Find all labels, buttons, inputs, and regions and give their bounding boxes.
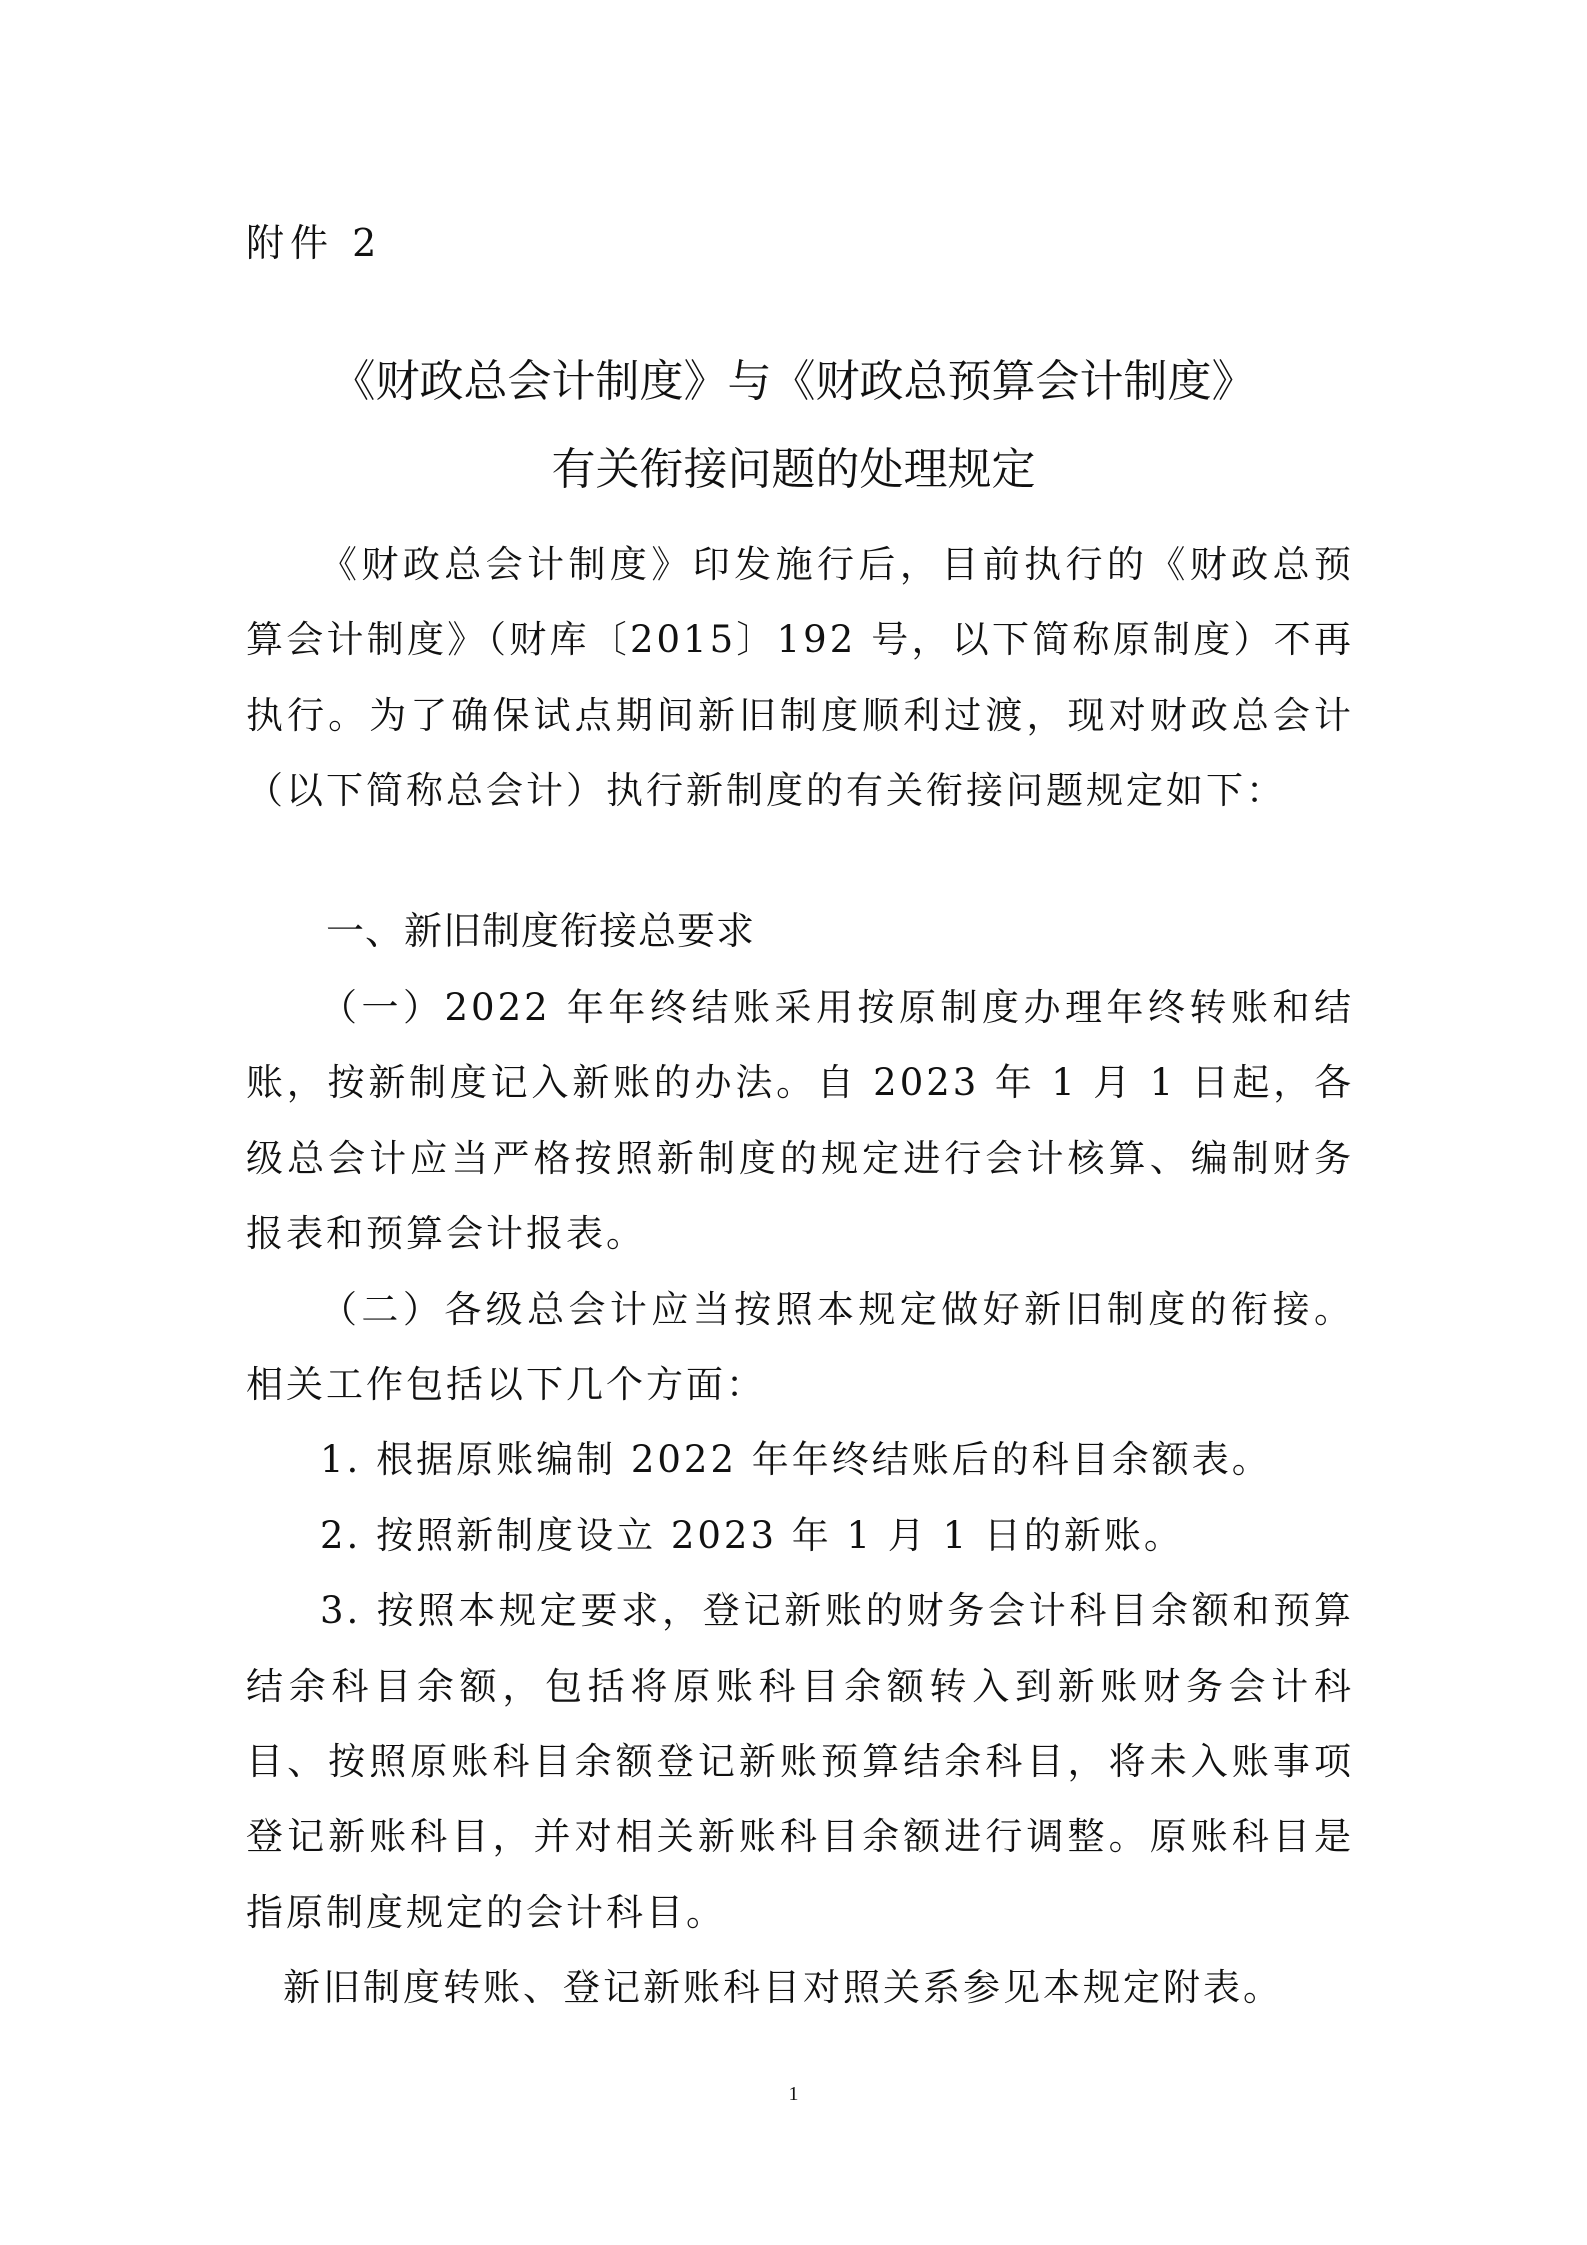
document-title-line-2: 有关衔接问题的处理规定 [0, 448, 1587, 492]
paragraph-1: （一）2022 年年终结账采用按原制度办理年终转账和结账，按新制度记入新账的办法… [246, 970, 1354, 1272]
paragraph-2: （二）各级总会计应当按照本规定做好新旧制度的衔接。相关工作包括以下几个方面： [246, 1272, 1354, 1423]
list-item-2: 2. 按照新制度设立 2023 年 1 月 1 日的新账。 [246, 1498, 1354, 1573]
closing-paragraph: 新旧制度转账、登记新账科目对照关系参见本规定附表。 [246, 1950, 1354, 2025]
intro-block: 《财政总会计制度》印发施行后，目前执行的《财政总预算会计制度》（财库〔2015〕… [246, 527, 1354, 829]
section-heading-1: 一、新旧制度衔接总要求 [326, 900, 755, 955]
attachment-label: 附件 2 [246, 212, 382, 267]
document-title-line-1: 《财政总会计制度》与《财政总预算会计制度》 [0, 360, 1587, 404]
page-number: 1 [0, 2083, 1587, 2106]
list-item-3: 3. 按照本规定要求，登记新账的财务会计科目余额和预算结余科目余额，包括将原账科… [246, 1573, 1354, 1950]
section-1-body: （一）2022 年年终结账采用按原制度办理年终转账和结账，按新制度记入新账的办法… [246, 970, 1354, 2026]
intro-paragraph: 《财政总会计制度》印发施行后，目前执行的《财政总预算会计制度》（财库〔2015〕… [246, 527, 1354, 829]
list-item-1: 1. 根据原账编制 2022 年年终结账后的科目余额表。 [246, 1422, 1354, 1497]
document-page: 附件 2 《财政总会计制度》与《财政总预算会计制度》 有关衔接问题的处理规定 《… [0, 0, 1587, 2245]
